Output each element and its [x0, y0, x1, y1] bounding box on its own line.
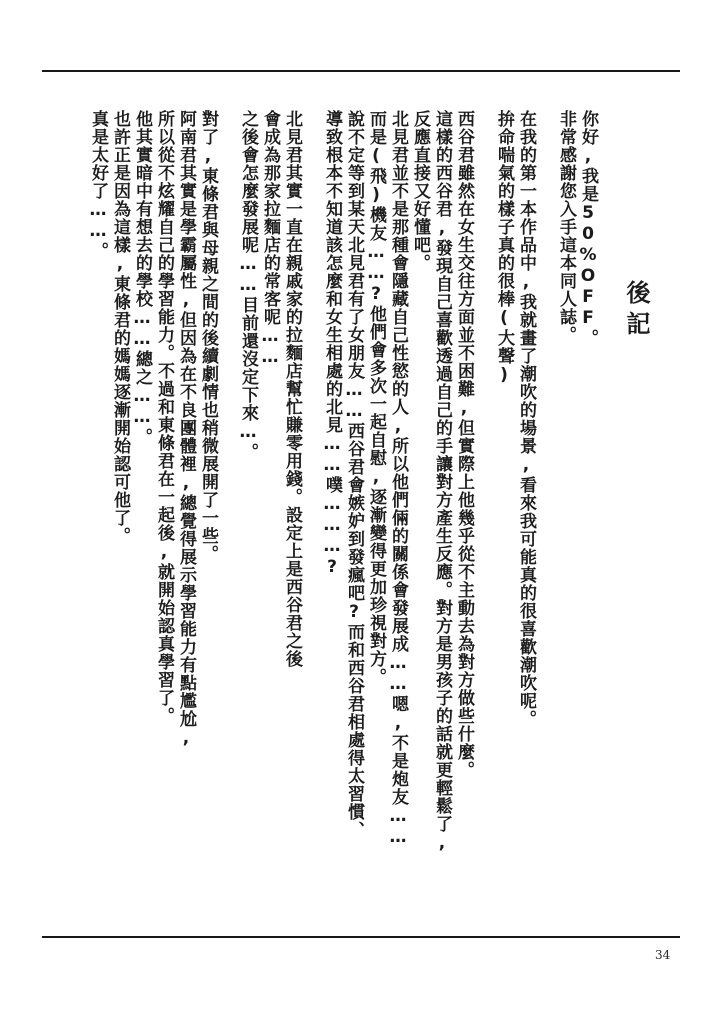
text-line: 阿南君其實是學霸屬性,但因為在不良團體裡,總覺得展示學習能力有點尷尬,	[175, 110, 197, 915]
text-line: 在我的第一本作品中,我就畫了潮吹的場景,看來我可能真的很喜歡潮吹呢。	[515, 110, 537, 915]
top-rule	[42, 70, 680, 72]
paragraph-ramen-shop: 北見君其實一直在親戚家的拉麵店幫忙賺零用錢。設定上是西谷君之後 會成為那家拉麵店…	[237, 110, 303, 915]
text-line: 這樣的西谷君,發現自己喜歡透過自己的手讓對方產生反應。對方是男孩子的話就更輕鬆了…	[431, 110, 453, 915]
text-line: 真是太好了……。	[87, 110, 109, 915]
text-line: 西谷君雖然在女生交往方面並不困難,但實際上他幾乎從不主動去為對方做些什麼。	[453, 110, 475, 915]
text-line: 他其實暗中有想去的學校……總之……。	[131, 110, 153, 915]
text-line: 說不定等到某天北見君有了女朋友……西谷君會嫉妒到發瘋吧?而和西谷君相處得太習慣、	[343, 110, 365, 915]
text-line: 北見君其實一直在親戚家的拉麵店幫忙賺零用錢。設定上是西谷君之後	[281, 110, 303, 915]
text-line: 而是(飛)機友……?他們會多次一起自慰,逐漸變得更加珍視對方。	[365, 110, 387, 915]
paragraph-tojo-anan: 對了,東條君與母親之間的後續劇情也稍微展開了一些。 阿南君其實是學霸屬性,但因為…	[87, 110, 219, 915]
text-line: 非常感謝您入手這本同人誌。	[555, 110, 577, 915]
text-line: 北見君並不是那種會隱藏自己性慾的人,所以他們倆的關係會發展成……嗯,不是炮友……	[387, 110, 409, 915]
paragraph-greeting: 你好,我是50%OFF。 非常感謝您入手這本同人誌。	[555, 110, 599, 915]
paragraph-first-work: 在我的第一本作品中,我就畫了潮吹的場景,看來我可能真的很喜歡潮吹呢。 拚命喘氣的…	[493, 110, 537, 915]
afterword-content: 後記 你好,我是50%OFF。 非常感謝您入手這本同人誌。 在我的第一本作品中,…	[69, 110, 653, 915]
text-line: 你好,我是50%OFF。	[577, 110, 599, 915]
text-line: 所以從不炫耀自己的學習能力。不過和東條君在一起後,就開始認真學習了。	[153, 110, 175, 915]
bottom-rule	[42, 936, 680, 938]
text-line: 之後會怎麼發展呢……目前還沒定下來…。	[237, 110, 259, 915]
text-line: 反應直接又好懂吧。	[409, 110, 431, 915]
text-line: 也許正是因為這樣,東條君的媽媽逐漸開始認可他了。	[109, 110, 131, 915]
text-line: 會成為那家拉麵店的常客呢……	[259, 110, 281, 915]
page-title: 後記	[619, 110, 653, 915]
text-line: 導致根本不知道該怎麼和女生相處的北見……噗………?	[321, 110, 343, 915]
text-line: 拚命喘氣的樣子真的很棒(大聲)	[493, 110, 515, 915]
afterword-page: 後記 你好,我是50%OFF。 非常感謝您入手這本同人誌。 在我的第一本作品中,…	[0, 0, 720, 1015]
afterword-title-section: 後記	[619, 110, 653, 915]
paragraph-nishitani-kitami: 西谷君雖然在女生交往方面並不困難,但實際上他幾乎從不主動去為對方做些什麼。 這樣…	[321, 110, 475, 915]
page-number: 34	[655, 948, 670, 962]
text-line: 對了,東條君與母親之間的後續劇情也稍微展開了一些。	[197, 110, 219, 915]
